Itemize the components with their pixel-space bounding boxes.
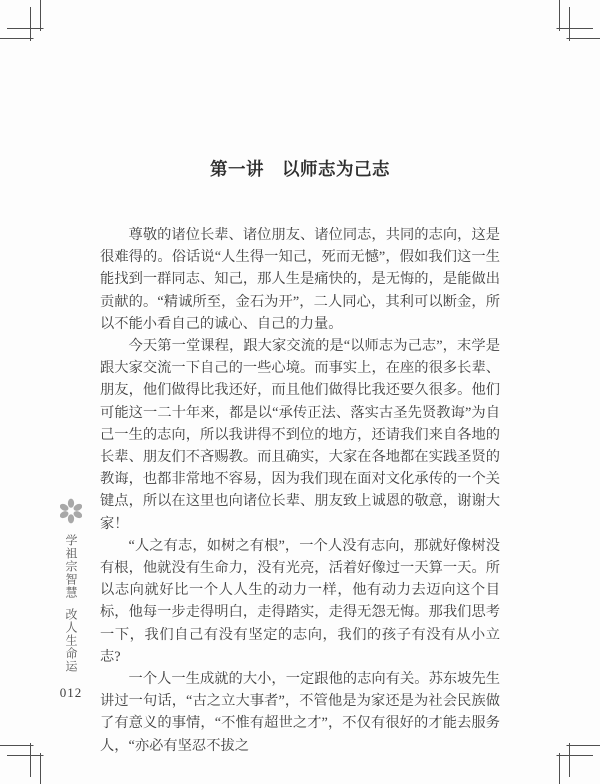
paragraph: 一个人一生成就的大小，一定跟他的志向有关。苏东坡先生讲过一句话，“古之立大事者”… xyxy=(100,668,500,757)
crop-mark-top-right xyxy=(557,0,600,41)
crop-mark-bottom-left xyxy=(0,743,44,784)
flower-icon xyxy=(60,498,82,524)
page-margin-sidebar: 学祖宗智慧 改人生命运 012 xyxy=(54,498,88,701)
paragraph: 今天第一堂课程，跟大家交流的是“以师志为己志”，末学是跟大家交流一下自己的一些心… xyxy=(100,335,500,535)
body-text: 尊敬的诸位长辈、诸位朋友、诸位同志，共同的志向，这是很难得的。俗话说“人生得一知… xyxy=(100,224,500,757)
series-title-part1: 学祖宗智慧 xyxy=(63,534,79,599)
book-page: 第一讲 以师志为己志 尊敬的诸位长辈、诸位朋友、诸位同志，共同的志向，这是很难得… xyxy=(0,0,600,784)
page-number: 012 xyxy=(60,685,83,701)
series-title-part2: 改人生命运 xyxy=(63,608,79,673)
paragraph: “人之有志，如树之有根”，一个人没有志向，那就好像树没有根，他就没有生命力，没有… xyxy=(100,535,500,668)
chapter-title: 第一讲 以师志为己志 xyxy=(100,156,500,181)
crop-mark-bottom-right xyxy=(557,743,600,784)
crop-mark-top-left xyxy=(0,0,44,41)
paragraph: 尊敬的诸位长辈、诸位朋友、诸位同志，共同的志向，这是很难得的。俗话说“人生得一知… xyxy=(100,224,500,335)
